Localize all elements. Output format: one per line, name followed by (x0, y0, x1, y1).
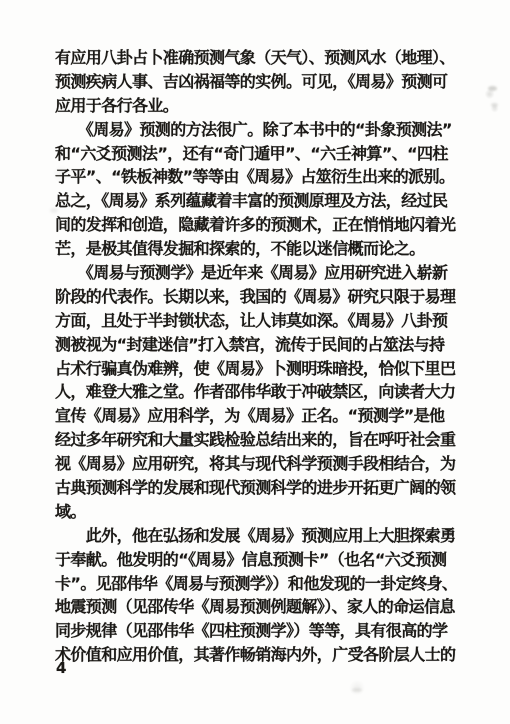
text-line: 和“六爻预测法”，还有“奇门遁甲”、“六壬神算”、“四柱 (55, 142, 475, 166)
text-line: 宣传《周易》应用科学，为《周易》正名。“预测学”是他 (55, 404, 475, 428)
text-line: 卡”。见邵伟华《周易与预测学》）和他发现的一卦定终身、 (55, 572, 475, 596)
text-line: 应用于各行各业。 (55, 94, 475, 118)
scan-artifact (488, 86, 497, 91)
body-text: 有应用八卦占卜准确预测气象（天气）、预测风水（地理）、 预测疾病人事、吉凶祸福等… (55, 46, 475, 667)
text-line: 于奉献。他发明的“《周易》信息预测卡”（也名“六爻预测 (55, 548, 475, 572)
text-line: 间的发挥和创造，隐藏着许多的预测术，正在悄悄地闪着光 (55, 213, 475, 237)
scan-artifact (491, 103, 498, 107)
text-line: 芒，是极其值得发掘和探索的，不能以迷信概而论之。 (55, 237, 475, 261)
text-line: 有应用八卦占卜准确预测气象（天气）、预测风水（地理）、 (55, 46, 475, 70)
scan-artifact (352, 688, 362, 692)
text-line: 此外，他在弘扬和发展《周易》预测应用上大胆探索勇 (55, 524, 475, 548)
text-line: 总之，《周易》系列蕴藏着丰富的预测原理及方法，经过民 (55, 189, 475, 213)
text-line: 地震预测（见邵传华《周易预测例题解》）、家人的命运信息 (55, 595, 475, 619)
text-line: 方面，且处于半封锁状态，让人讳莫如深。《周易》八卦预 (55, 309, 475, 333)
text-line: 占术行骗真伪难辨，使《周易》卜测明珠暗投，恰似下里巴 (55, 357, 475, 381)
text-line: 阶段的代表作。长期以来，我国的《周易》研究只限于易理 (55, 285, 475, 309)
text-line: 《周易》预测的方法很广。除了本书中的“卦象预测法” (55, 118, 475, 142)
text-line: 域。 (55, 500, 475, 524)
text-line: 同步规律（见邵伟华《四柱预测学》）等等，具有很高的学 (55, 619, 475, 643)
page-number: 4 (56, 658, 66, 678)
text-line: 预测疾病人事、吉凶祸福等的实例。可见，《周易》预测可 (55, 70, 475, 94)
text-line: 视《周易》应用研究，将其与现代科学预测手段相结合，为 (55, 452, 475, 476)
text-line: 人，难登大雅之堂。作者邵伟华敢于冲破禁区，向读者大力 (55, 380, 475, 404)
text-line: 经过多年研究和大量实践检验总结出来的，旨在呼吁社会重 (55, 428, 475, 452)
text-line: 《周易与预测学》是近年来《周易》应用研究进入崭新 (55, 261, 475, 285)
text-line: 子平”、“铁板神数”等等由《周易》占筮衍生出来的派别。 (55, 165, 475, 189)
text-line: 测被视为“封建迷信”打入禁宫，流传于民间的占筮法与持 (55, 333, 475, 357)
text-line: 古典预测科学的发展和现代预测科学的进步开拓更广阔的领 (55, 476, 475, 500)
scanned-book-page: 有应用八卦占卜准确预测气象（天气）、预测风水（地理）、 预测疾病人事、吉凶祸福等… (0, 0, 510, 724)
text-line: 术价值和应用价值，其著作畅销海内外，广受各阶层人士的 (55, 643, 475, 667)
